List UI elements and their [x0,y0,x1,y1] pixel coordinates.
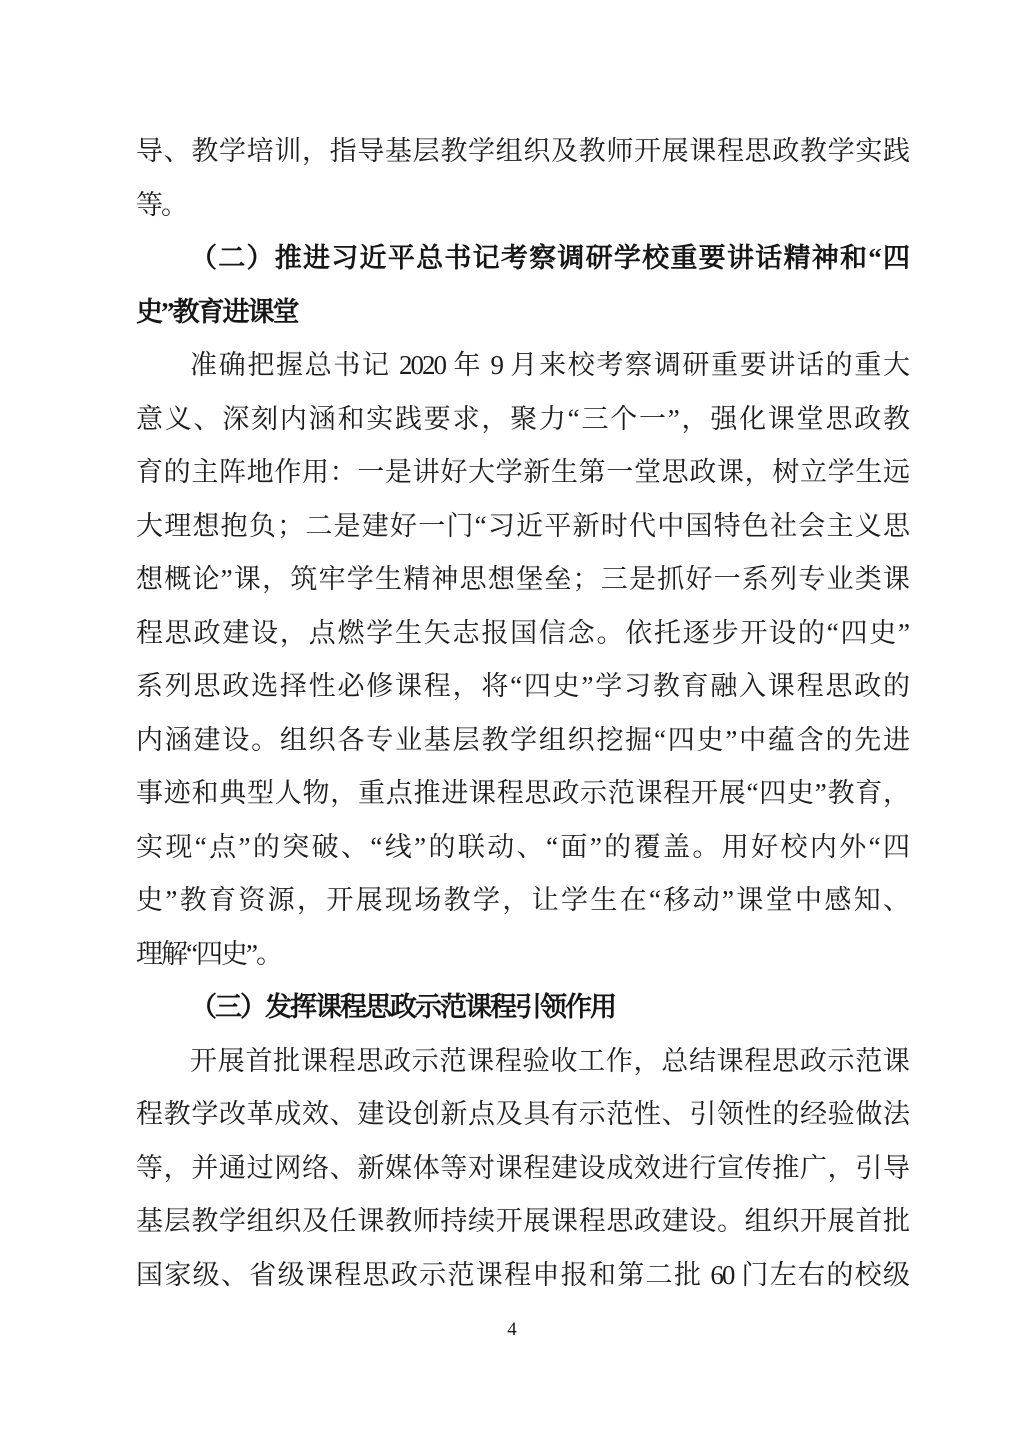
text-line: 导、教学培训，指导基层教学组织及教师开展课程思政教学实践 [136,125,908,179]
body-paragraph: 导、教学培训，指导基层教学组织及教师开展课程思政教学实践等。 [136,125,908,232]
text-line: 程思政建设，点燃学生矢志报国信念。依托逐步开设的“四史” [136,607,908,661]
text-line: 准确把握总书记 2020 年 9 月来校考察调研重要讲话的重大 [136,339,908,393]
text-line: 史”教育进课堂 [136,286,908,340]
text-line: 系列思政选择性必修课程，将“四史”学习教育融入课程思政的 [136,660,908,714]
text-line: 育的主阵地作用：一是讲好大学新生第一堂思政课，树立学生远 [136,446,908,500]
text-line: （三）发挥课程思政示范课程引领作用 [136,981,908,1035]
text-line: 史”教育资源，开展现场教学，让学生在“移动”课堂中感知、 [136,874,908,928]
document-body: 导、教学培训，指导基层教学组织及教师开展课程思政教学实践等。（二）推进习近平总书… [136,125,908,1302]
text-line: 大理想抱负；二是建好一门“习近平新时代中国特色社会主义思 [136,500,908,554]
text-line: 基层教学组织及任课教师持续开展课程思政建设。组织开展首批 [136,1195,908,1249]
text-line: 理解“四史”。 [136,928,908,982]
text-line: 内涵建设。组织各专业基层教学组织挖掘“四史”中蕴含的先进 [136,714,908,768]
text-line: 程教学改革成效、建设创新点及具有示范性、引领性的经验做法 [136,1088,908,1142]
body-paragraph: 准确把握总书记 2020 年 9 月来校考察调研重要讲话的重大意义、深刻内涵和实… [136,339,908,981]
text-line: 事迹和典型人物，重点推进课程思政示范课程开展“四史”教育， [136,767,908,821]
section-heading: （二）推进习近平总书记考察调研学校重要讲话精神和“四史”教育进课堂 [136,232,908,339]
section-heading: （三）发挥课程思政示范课程引领作用 [136,981,908,1035]
text-line: 实现“点”的突破、“线”的联动、“面”的覆盖。用好校内外“四 [136,821,908,875]
page-footer: 4 [0,1318,1024,1342]
text-line: 开展首批课程思政示范课程验收工作，总结课程思政示范课 [136,1035,908,1089]
text-line: 国家级、省级课程思政示范课程申报和第二批 60 门左右的校级 [136,1249,908,1303]
text-line: 等，并通过网络、新媒体等对课程建设成效进行宣传推广，引导 [136,1142,908,1196]
text-line: 意义、深刻内涵和实践要求，聚力“三个一”，强化课堂思政教 [136,393,908,447]
page-number: 4 [507,1319,517,1340]
text-line: 等。 [136,179,908,233]
text-line: 想概论”课，筑牢学生精神思想堡垒；三是抓好一系列专业类课 [136,553,908,607]
text-line: （二）推进习近平总书记考察调研学校重要讲话精神和“四 [136,232,908,286]
body-paragraph: 开展首批课程思政示范课程验收工作，总结课程思政示范课程教学改革成效、建设创新点及… [136,1035,908,1303]
document-page: 导、教学培训，指导基层教学组织及教师开展课程思政教学实践等。（二）推进习近平总书… [0,0,1024,1448]
